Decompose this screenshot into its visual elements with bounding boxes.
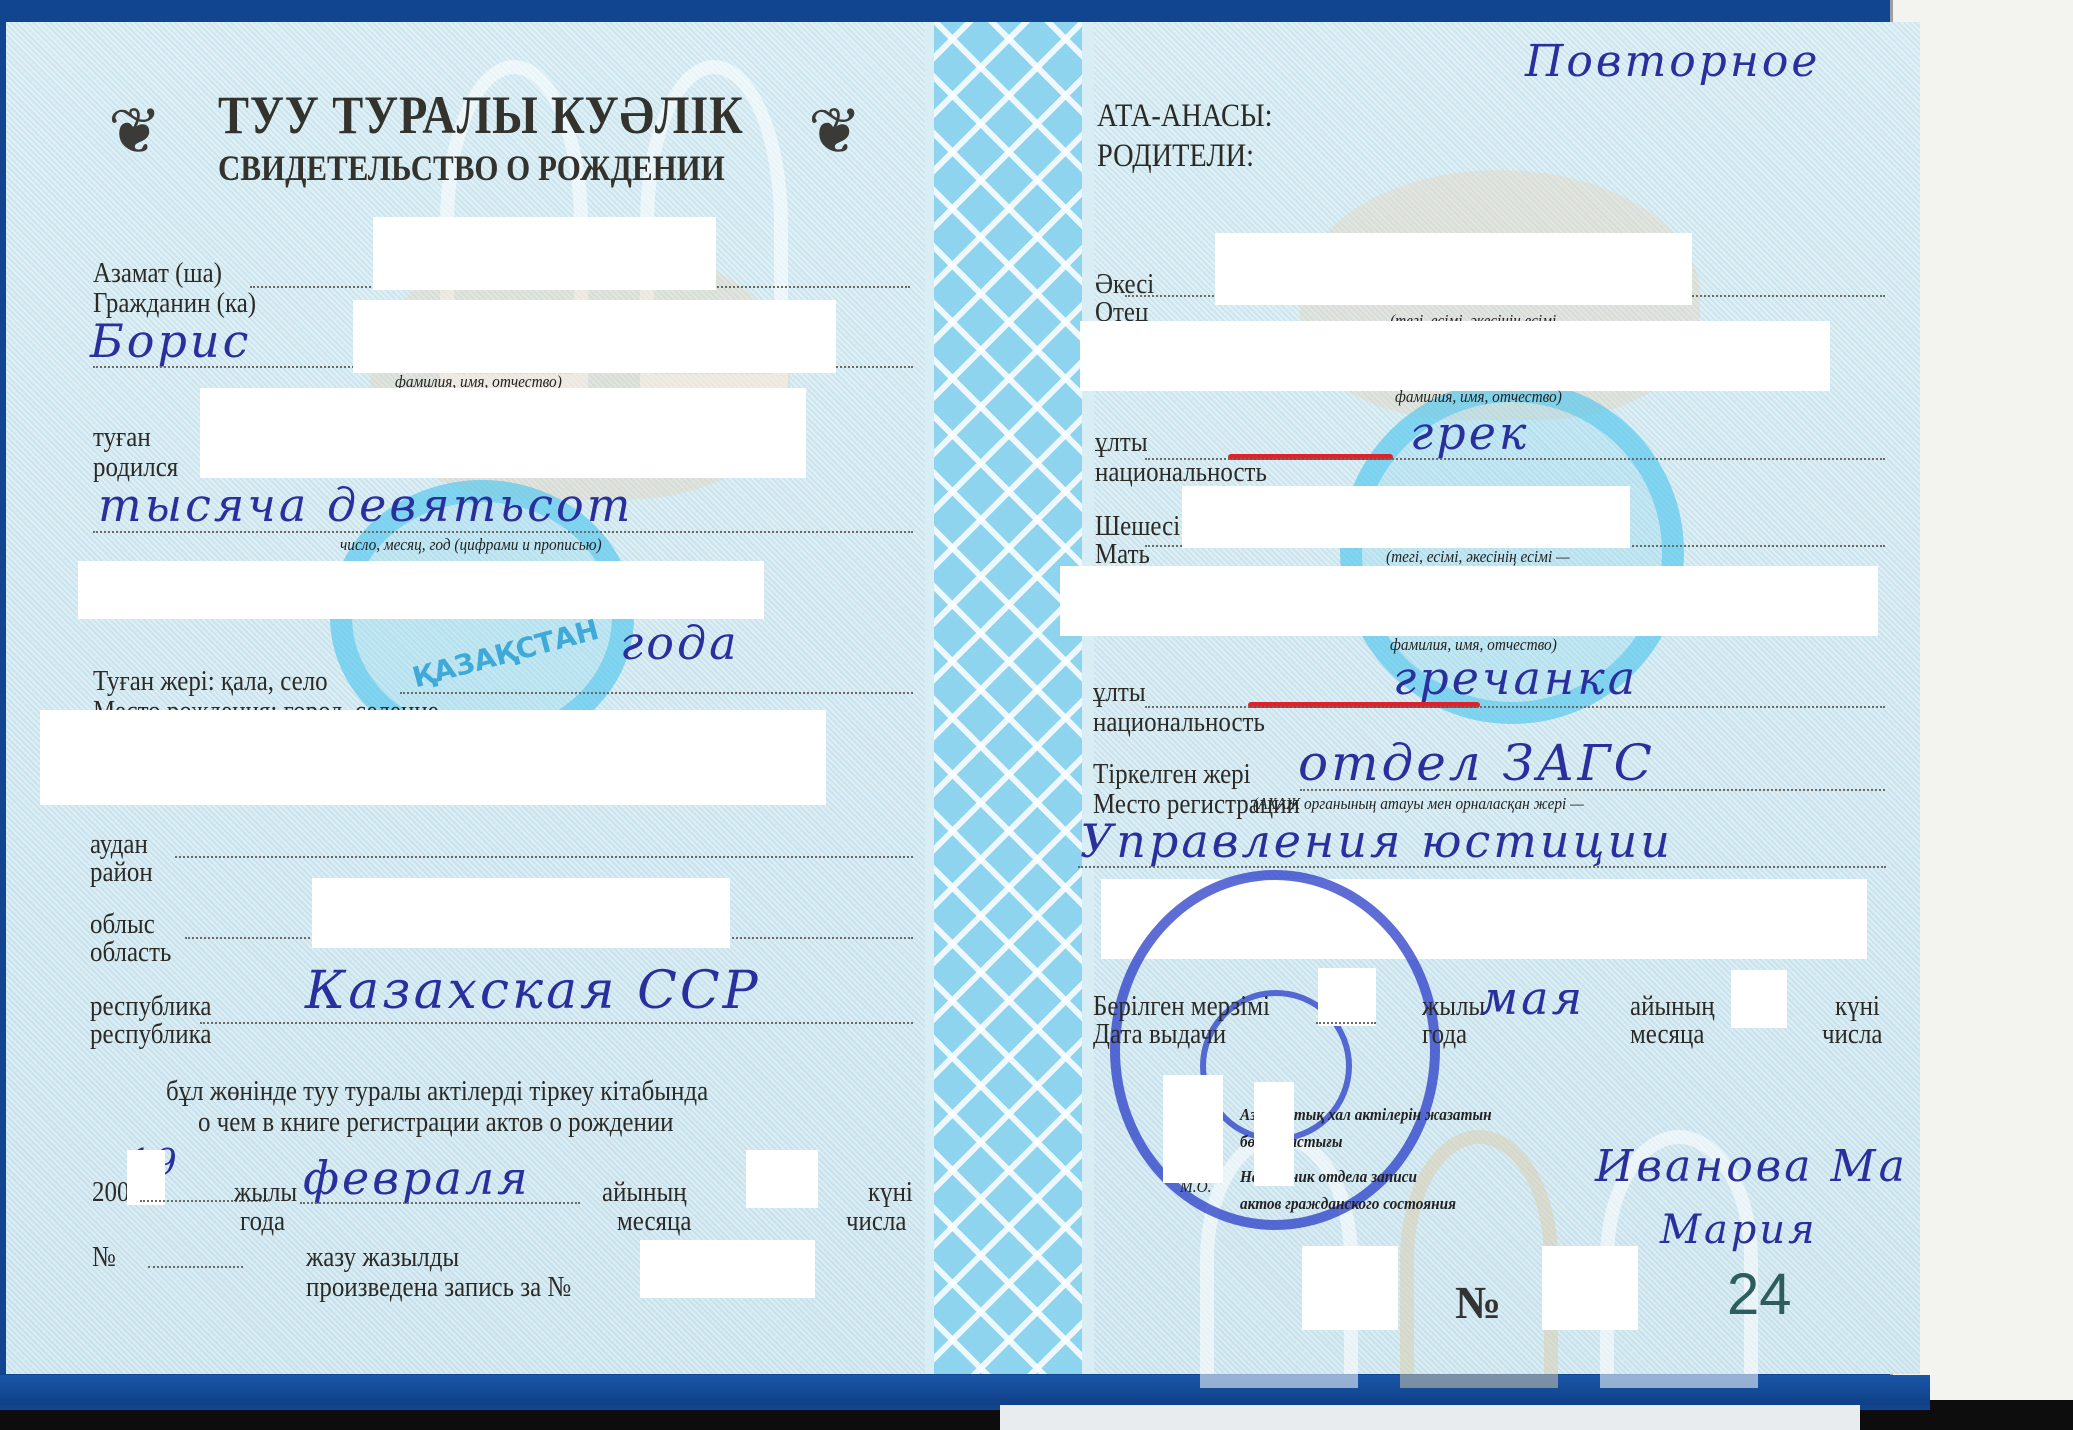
issue-month-label-ru: месяца (1630, 1020, 1704, 1049)
mother-label-ru: Мать (1095, 540, 1150, 569)
father-nationality-handwritten: грек (1410, 410, 1529, 456)
ornamental-spine (934, 22, 1084, 1374)
citizen-label-kk: Азамат (ша) (93, 259, 222, 288)
signature-handwritten: Иванова Ма (1595, 1145, 1908, 1189)
redacted-block (312, 878, 730, 948)
field-line (1145, 706, 1885, 708)
issue-day-label-ru: числа (1822, 1020, 1882, 1049)
born-year-suffix-handwritten: года (620, 620, 740, 666)
field-line (1078, 866, 1886, 868)
redacted-block (353, 300, 836, 373)
field-line (400, 692, 913, 694)
ornament-right-icon: ❦ (808, 95, 862, 169)
day-label-ru: числа (846, 1207, 906, 1236)
redacted-block (1542, 1246, 1638, 1330)
mother-nationality-label-kk: ұлты (1093, 678, 1146, 707)
record-number-sign: № (92, 1243, 116, 1272)
field-line (1316, 1022, 1376, 1024)
title-kazakh: ТУУ ТУРАЛЫ КУӘЛІК (218, 88, 744, 142)
redacted-block (1320, 233, 1692, 305)
born-date-caption: число, месяц, год (цифрами и прописью) (340, 536, 602, 553)
issue-year-label-kk: жылы (1422, 992, 1485, 1021)
month-label-kk: айының (602, 1178, 687, 1207)
registry-note-kk: бұл жөнінде туу туралы актілерді тіркеу … (166, 1077, 708, 1106)
year-prefix: 200 (92, 1178, 129, 1207)
region-label-kk: облыс (90, 910, 155, 939)
head-label-ru-2: актов гражданского состояния (1240, 1195, 1456, 1212)
field-line (1300, 789, 1885, 791)
registration-place-label-kk: Тіркелген жері (1093, 760, 1251, 789)
field-line (1145, 458, 1885, 460)
redacted-block (1080, 321, 1830, 391)
issue-day-label-kk: күні (1835, 992, 1880, 1021)
field-line (200, 1022, 913, 1024)
annotation-handwritten: Повторное (1525, 40, 1820, 84)
mother-nationality-label-ru: национальность (1093, 708, 1265, 737)
redacted-block (127, 1150, 165, 1205)
mother-nationality-handwritten: гречанка (1393, 655, 1638, 701)
district-label-ru: район (90, 858, 153, 887)
redacted-block (1302, 1246, 1398, 1330)
registration-place-handwritten: отдел ЗАГС (1298, 738, 1655, 788)
year-label-ru: года (240, 1207, 285, 1236)
district-label-kk: аудан (90, 830, 148, 859)
ornament-watermark (1400, 1130, 1558, 1388)
title-russian: СВИДЕТЕЛЬСТВО О РОЖДЕНИИ (218, 150, 725, 186)
issue-month-handwritten: мая (1480, 975, 1585, 1021)
republic-label-kk: республика (90, 992, 211, 1021)
year-label-kk: жылы (234, 1178, 297, 1207)
redacted-block (40, 710, 826, 805)
serial-number-suffix: 24 (1727, 1266, 1792, 1324)
registration-caption: (АХАЖ органының атауы мен орналасқан жер… (1253, 795, 1584, 812)
born-label-kk: туған (93, 423, 151, 452)
issue-date-label-ru: Дата выдачи (1093, 1020, 1226, 1049)
field-line (148, 1266, 243, 1268)
mother-name-caption: (тегі, есімі, әкесінің есімі — (1386, 548, 1570, 565)
record-label-kk: жазу жазылды (306, 1243, 459, 1272)
issue-month-label-kk: айының (1630, 992, 1715, 1021)
redacted-block (1318, 968, 1376, 1026)
month-label-ru: месяца (617, 1207, 691, 1236)
citizen-name-handwritten: Борис (90, 318, 251, 364)
parents-label-kk: АТА-АНАСЫ: (1097, 100, 1273, 133)
birthplace-label-kk: Туған жері: қала, село (93, 667, 328, 696)
field-line (175, 856, 913, 858)
redacted-block (78, 561, 764, 619)
mother-label-kk: Шешесі (1095, 512, 1180, 541)
redacted-block (640, 1240, 815, 1298)
month-handwritten: февраля (303, 1155, 531, 1201)
republic-handwritten: Казахская ССР (305, 965, 761, 1017)
day-label-kk: күні (868, 1178, 913, 1207)
republic-label-ru: республика (90, 1020, 211, 1049)
redacted-block (1731, 970, 1787, 1028)
father-nationality-label-kk: ұлты (1095, 428, 1148, 457)
redacted-block (200, 388, 806, 478)
issue-date-label-kk: Берілген мерзімі (1093, 992, 1270, 1021)
redacted-block (373, 217, 716, 290)
field-line (93, 531, 913, 533)
redacted-block (746, 1150, 818, 1208)
redacted-block (1060, 566, 1878, 636)
born-date-handwritten: тысяча девятьсот (98, 482, 633, 528)
registration-place-handwritten-2: Управления юстиции (1080, 818, 1673, 864)
registry-note-ru: о чем в книге регистрации актов о рожден… (198, 1108, 674, 1137)
region-label-ru: область (90, 938, 171, 967)
serial-number-sign: № (1455, 1280, 1501, 1326)
ornament-left-icon: ❦ (108, 95, 162, 169)
record-label-ru: произведена запись за № (306, 1273, 571, 1302)
redacted-block (1163, 1075, 1223, 1183)
field-line (300, 1202, 580, 1204)
redacted-block (1330, 486, 1630, 548)
parents-label-ru: РОДИТЕЛИ: (1097, 140, 1254, 173)
redacted-block (1254, 1082, 1294, 1186)
father-nationality-label-ru: национальность (1095, 458, 1267, 487)
father-name-caption-ru: фамилия, имя, отчество) (1395, 388, 1562, 405)
issue-year-label-ru: года (1422, 1020, 1467, 1049)
signature-handwritten-2: Мария (1660, 1210, 1818, 1250)
